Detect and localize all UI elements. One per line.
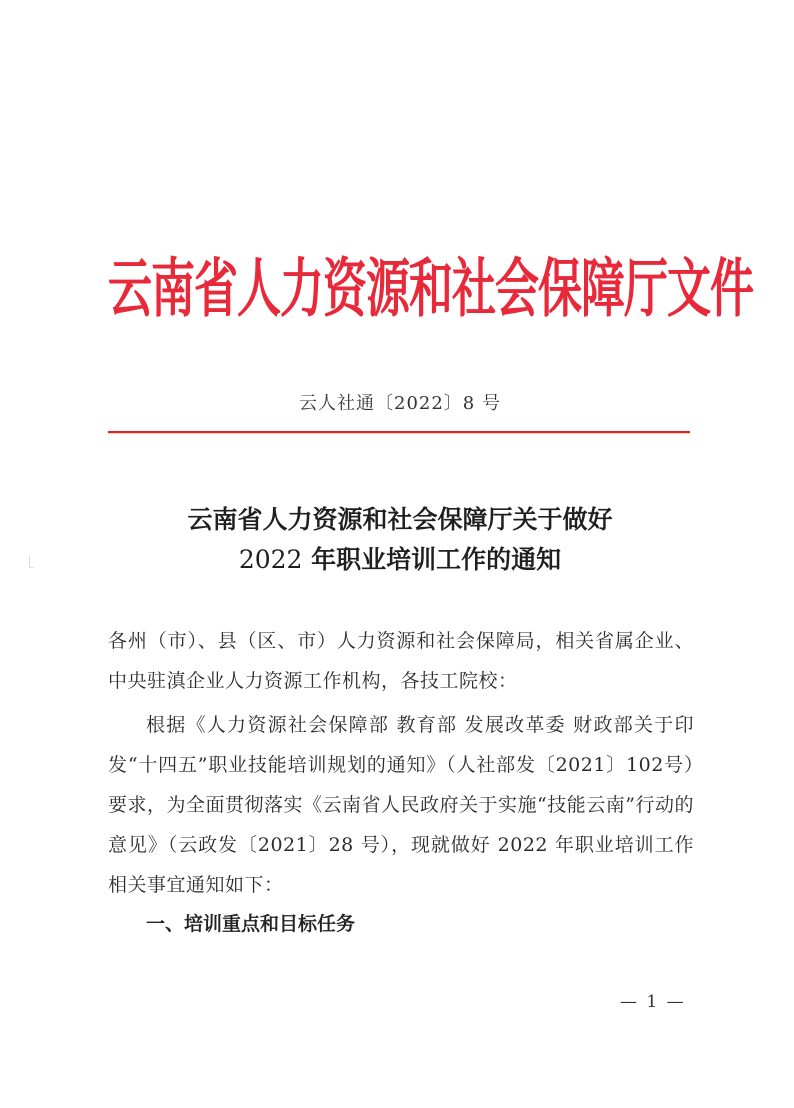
salutation: 各州（市）、县（区、市）人力资源和社会保障局，相关省属企业、中央驻滇企业人力资源… xyxy=(108,621,694,701)
document-masthead: 云南省人力资源和社会保障厅文件 xyxy=(108,232,692,348)
title-line-1: 云南省人力资源和社会保障厅关于做好 xyxy=(108,500,692,540)
scan-speck xyxy=(29,555,34,568)
page-number: — 1 — xyxy=(620,990,686,1014)
document-number: 云人社通〔2022〕8 号 xyxy=(108,392,692,416)
document-title: 云南省人力资源和社会保障厅关于做好 2022 年职业培训工作的通知 xyxy=(108,500,692,580)
document-page: 云南省人力资源和社会保障厅文件 云人社通〔2022〕8 号 云南省人力资源和社会… xyxy=(0,0,794,1108)
title-line-2: 2022 年职业培训工作的通知 xyxy=(108,540,692,580)
section-heading: 一、培训重点和目标任务 xyxy=(146,904,355,944)
body-paragraph: 根据《人力资源社会保障部 教育部 发展改革委 财政部关于印发“十四五”职业技能培… xyxy=(108,705,694,905)
title-line-2-rest: 年职业培训工作的通知 xyxy=(302,545,561,574)
red-divider-rule xyxy=(108,431,690,433)
title-year: 2022 xyxy=(239,545,303,574)
